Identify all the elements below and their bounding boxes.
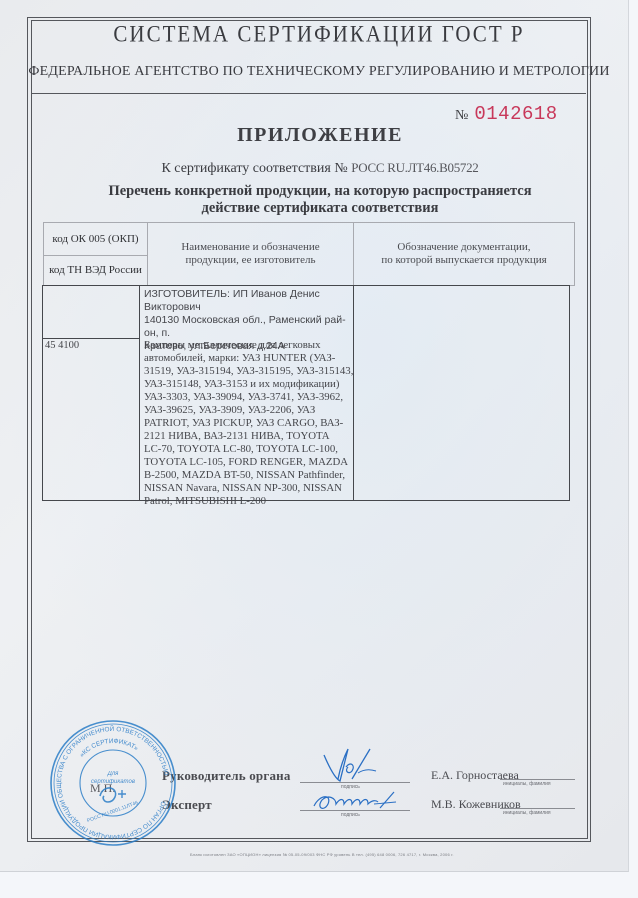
scope-heading: Перечень конкретной продукции, на котору… xyxy=(0,183,638,217)
expert-signature-icon xyxy=(310,788,405,816)
product-line: Бамперы металлические для легковых xyxy=(144,339,354,352)
head-name-caption: инициалы, фамилия xyxy=(503,781,551,787)
agency-name: ФЕДЕРАЛЬНОЕ АГЕНТСТВО ПО ТЕХНИЧЕСКОМУ РЕ… xyxy=(0,64,638,80)
official-stamp-icon: ОРГАН ПО СЕРТИФИКАЦИИ ПРОДУКЦИИ ОБЩЕСТВА… xyxy=(48,718,178,848)
header-product-column: Наименование и обозначение продукции, ее… xyxy=(148,223,354,285)
cert-reference-label: К сертификату соответствия № xyxy=(161,161,347,176)
manufacturer-line: ИЗГОТОВИТЕЛЬ: ИП Иванов Денис xyxy=(144,288,354,301)
svg-text:«КС СЕРТИФИКАТ»: «КС СЕРТИФИКАТ» xyxy=(78,738,139,759)
table-header: код ОК 005 (ОКП) код ТН ВЭД России Наиме… xyxy=(43,222,575,286)
appendix-title: ПРИЛОЖЕНИЕ xyxy=(0,124,638,147)
expert-name-line xyxy=(500,808,575,809)
header-code-tnved: код ТН ВЭД России xyxy=(44,256,148,285)
product-line: LC-70, TOYOTA LC-80, TOYOTA LC-100, xyxy=(144,443,354,456)
product-line: УАЗ-3303, УАЗ-39094, УАЗ-3741, УАЗ-3962, xyxy=(144,391,354,404)
system-title: СИСТЕМА СЕРТИФИКАЦИИ ГОСТ Р xyxy=(0,21,638,48)
certificate-page: СИСТЕМА СЕРТИФИКАЦИИ ГОСТ Р ФЕДЕРАЛЬНОЕ … xyxy=(0,0,629,872)
blank-number-value: 0142618 xyxy=(474,103,557,125)
header-docs-line-1: Обозначение документации, xyxy=(381,241,546,254)
table-row-product: Бамперы металлические для легковых автом… xyxy=(144,339,354,508)
product-line: B-2500, MAZDA BT-50, NISSAN Pathfinder, xyxy=(144,469,354,482)
head-name-line xyxy=(500,779,575,780)
printer-imprint: Бланк изготовлен ЗАО «ОПЦИОН» лицензия №… xyxy=(190,852,454,857)
product-line: PATRIOT, УАЗ PICKUP, УАЗ CARGO, ВАЗ- xyxy=(144,417,354,430)
product-line: УАЗ-315148, УАЗ-3153 и их модификации) xyxy=(144,378,354,391)
blank-number: №0142618 xyxy=(455,103,558,125)
cert-number: РОСС RU.ЛТ46.В05722 xyxy=(351,160,478,175)
number-sign: № xyxy=(455,108,468,123)
column-divider xyxy=(139,286,140,500)
expert-name-caption: инициалы, фамилия xyxy=(503,810,551,816)
svg-text:РОСС RU.0001.11ЛТ46: РОСС RU.0001.11ЛТ46 xyxy=(86,800,139,824)
header-docs-line-2: по которой выпускается продукция xyxy=(381,254,546,267)
header-code-okp: код ОК 005 (ОКП) xyxy=(44,223,148,256)
svg-text:сертификатов: сертификатов xyxy=(91,779,135,785)
head-of-body-label: Руководитель органа xyxy=(162,768,291,784)
header-product-line-1: Наименование и обозначение xyxy=(181,241,319,254)
product-line: автомобилей, марки: УАЗ HUNTER (УАЗ- xyxy=(144,352,354,365)
manufacturer-line: 140130 Московская обл., Раменский рай-он… xyxy=(144,314,354,340)
certificate-reference: К сертификату соответствия № РОСС RU.ЛТ4… xyxy=(0,160,638,177)
head-signature-icon xyxy=(318,745,398,785)
product-line: Patrol, MITSUBISHI L-200 xyxy=(144,495,354,508)
svg-text:Для: Для xyxy=(107,771,120,777)
manufacturer-line: Викторович xyxy=(144,301,354,314)
scope-line-1: Перечень конкретной продукции, на котору… xyxy=(0,183,638,200)
products-table: ИЗГОТОВИТЕЛЬ: ИП Иванов Денис Викторович… xyxy=(42,285,570,501)
product-line: 31519, УАЗ-315194, УАЗ-315195, УАЗ-31514… xyxy=(144,365,354,378)
product-line: 2121 НИВА, ВАЗ-2131 НИВА, TOYOTA xyxy=(144,430,354,443)
header-docs-column: Обозначение документации, по которой вып… xyxy=(354,223,574,285)
product-line: TOYOTA LC-105, FORD RENGER, MAZDA xyxy=(144,456,354,469)
product-code: 45 4100 xyxy=(45,340,79,351)
row-divider xyxy=(43,338,139,339)
scope-line-2: действие сертификата соответствия xyxy=(0,200,638,217)
header-product-line-2: продукции, ее изготовитель xyxy=(181,254,319,267)
product-line: NISSAN Navara, NISSAN NP-300, NISSAN xyxy=(144,482,354,495)
product-line: УАЗ-39625, УАЗ-3909, УАЗ-2206, УАЗ xyxy=(144,404,354,417)
